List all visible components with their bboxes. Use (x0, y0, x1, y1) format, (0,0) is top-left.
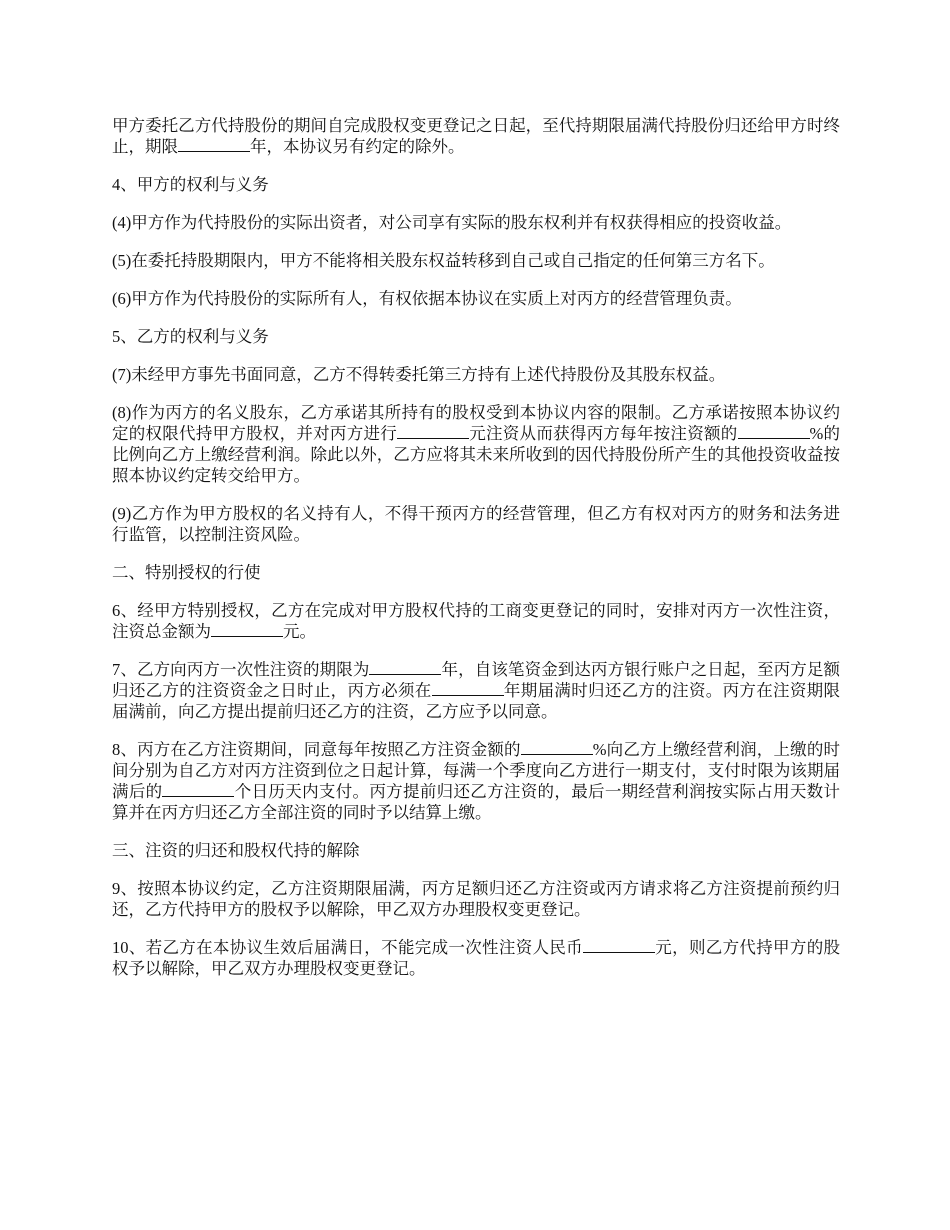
text: (6)甲方作为代持股份的实际所有人，有权依据本协议在实质上对丙方的经营管理负责。 (112, 289, 742, 308)
text: 元注资从而获得丙方每年按注资额的 (469, 424, 738, 443)
text: 三、注资的归还和股权代持的解除 (112, 841, 360, 860)
section-heading-2: 二、特别授权的行使 (112, 562, 840, 583)
blank-field (162, 781, 234, 797)
text: 二、特别授权的行使 (112, 563, 261, 582)
paragraph-intro: 甲方委托乙方代持股份的期间自完成股权变更登记之日起，至代持期限届满代持股份归还给… (112, 115, 840, 157)
paragraph-4-5: (5)在委托持股期限内，甲方不能将相关股东权益转移到自己或自己指定的任何第三方名… (112, 250, 840, 271)
text: 年，本协议另有约定的除外。 (250, 137, 465, 156)
paragraph-7: 7、乙方向丙方一次性注资的期限为年，自该笔资金到达丙方银行账户之日起，至丙方足额… (112, 659, 840, 722)
text: 元。 (283, 622, 316, 641)
blank-field (211, 621, 283, 637)
text: 9、按照本协议约定，乙方注资期限届满，丙方足额归还乙方注资或丙方请求将乙方注资提… (112, 879, 840, 919)
blank-field (397, 423, 469, 439)
paragraph-5-7: (7)未经甲方事先书面同意，乙方不得转委托第三方持有上述代持股份及其股东权益。 (112, 364, 840, 385)
blank-field (178, 136, 250, 152)
blank-field (369, 659, 441, 675)
paragraph-4-6: (6)甲方作为代持股份的实际所有人，有权依据本协议在实质上对丙方的经营管理负责。 (112, 288, 840, 309)
text: 4、甲方的权利与义务 (112, 175, 269, 194)
text: (9)乙方作为甲方股权的名义持有人，不得干预丙方的经营管理，但乙方有权对丙方的财… (112, 504, 840, 544)
text: 10、若乙方在本协议生效后届满日，不能完成一次性注资人民币 (112, 938, 583, 957)
paragraph-9: 9、按照本协议约定，乙方注资期限届满，丙方足额归还乙方注资或丙方请求将乙方注资提… (112, 878, 840, 920)
blank-field (521, 739, 593, 755)
paragraph-4-4: (4)甲方作为代持股份的实际出资者，对公司享有实际的股东权利并有权获得相应的投资… (112, 212, 840, 233)
paragraph-8: 8、丙方在乙方注资期间，同意每年按照乙方注资金额的%向乙方上缴经营利润，上缴的时… (112, 739, 840, 823)
blank-field (738, 423, 810, 439)
blank-field (583, 937, 655, 953)
text: 8、丙方在乙方注资期间，同意每年按照乙方注资金额的 (112, 740, 521, 759)
section-heading-4: 4、甲方的权利与义务 (112, 174, 840, 195)
paragraph-6: 6、经甲方特别授权，乙方在完成对甲方股权代持的工商变更登记的同时，安排对丙方一次… (112, 600, 840, 642)
text: (7)未经甲方事先书面同意，乙方不得转委托第三方持有上述代持股份及其股东权益。 (112, 365, 725, 384)
text: 5、乙方的权利与义务 (112, 327, 269, 346)
paragraph-5-9: (9)乙方作为甲方股权的名义持有人，不得干预丙方的经营管理，但乙方有权对丙方的财… (112, 503, 840, 545)
text: 7、乙方向丙方一次性注资的期限为 (112, 660, 369, 679)
blank-field (432, 680, 504, 696)
paragraph-10: 10、若乙方在本协议生效后届满日，不能完成一次性注资人民币元，则乙方代持甲方的股… (112, 937, 840, 979)
text: (5)在委托持股期限内，甲方不能将相关股东权益转移到自己或自己指定的任何第三方名… (112, 251, 775, 270)
paragraph-5-8: (8)作为丙方的名义股东，乙方承诺其所持有的股权受到本协议内容的限制。乙方承诺按… (112, 402, 840, 486)
document-page: 甲方委托乙方代持股份的期间自完成股权变更登记之日起，至代持期限届满代持股份归还给… (112, 115, 840, 996)
section-heading-5: 5、乙方的权利与义务 (112, 326, 840, 347)
text: (4)甲方作为代持股份的实际出资者，对公司享有实际的股东权利并有权获得相应的投资… (112, 213, 791, 232)
section-heading-3: 三、注资的归还和股权代持的解除 (112, 840, 840, 861)
